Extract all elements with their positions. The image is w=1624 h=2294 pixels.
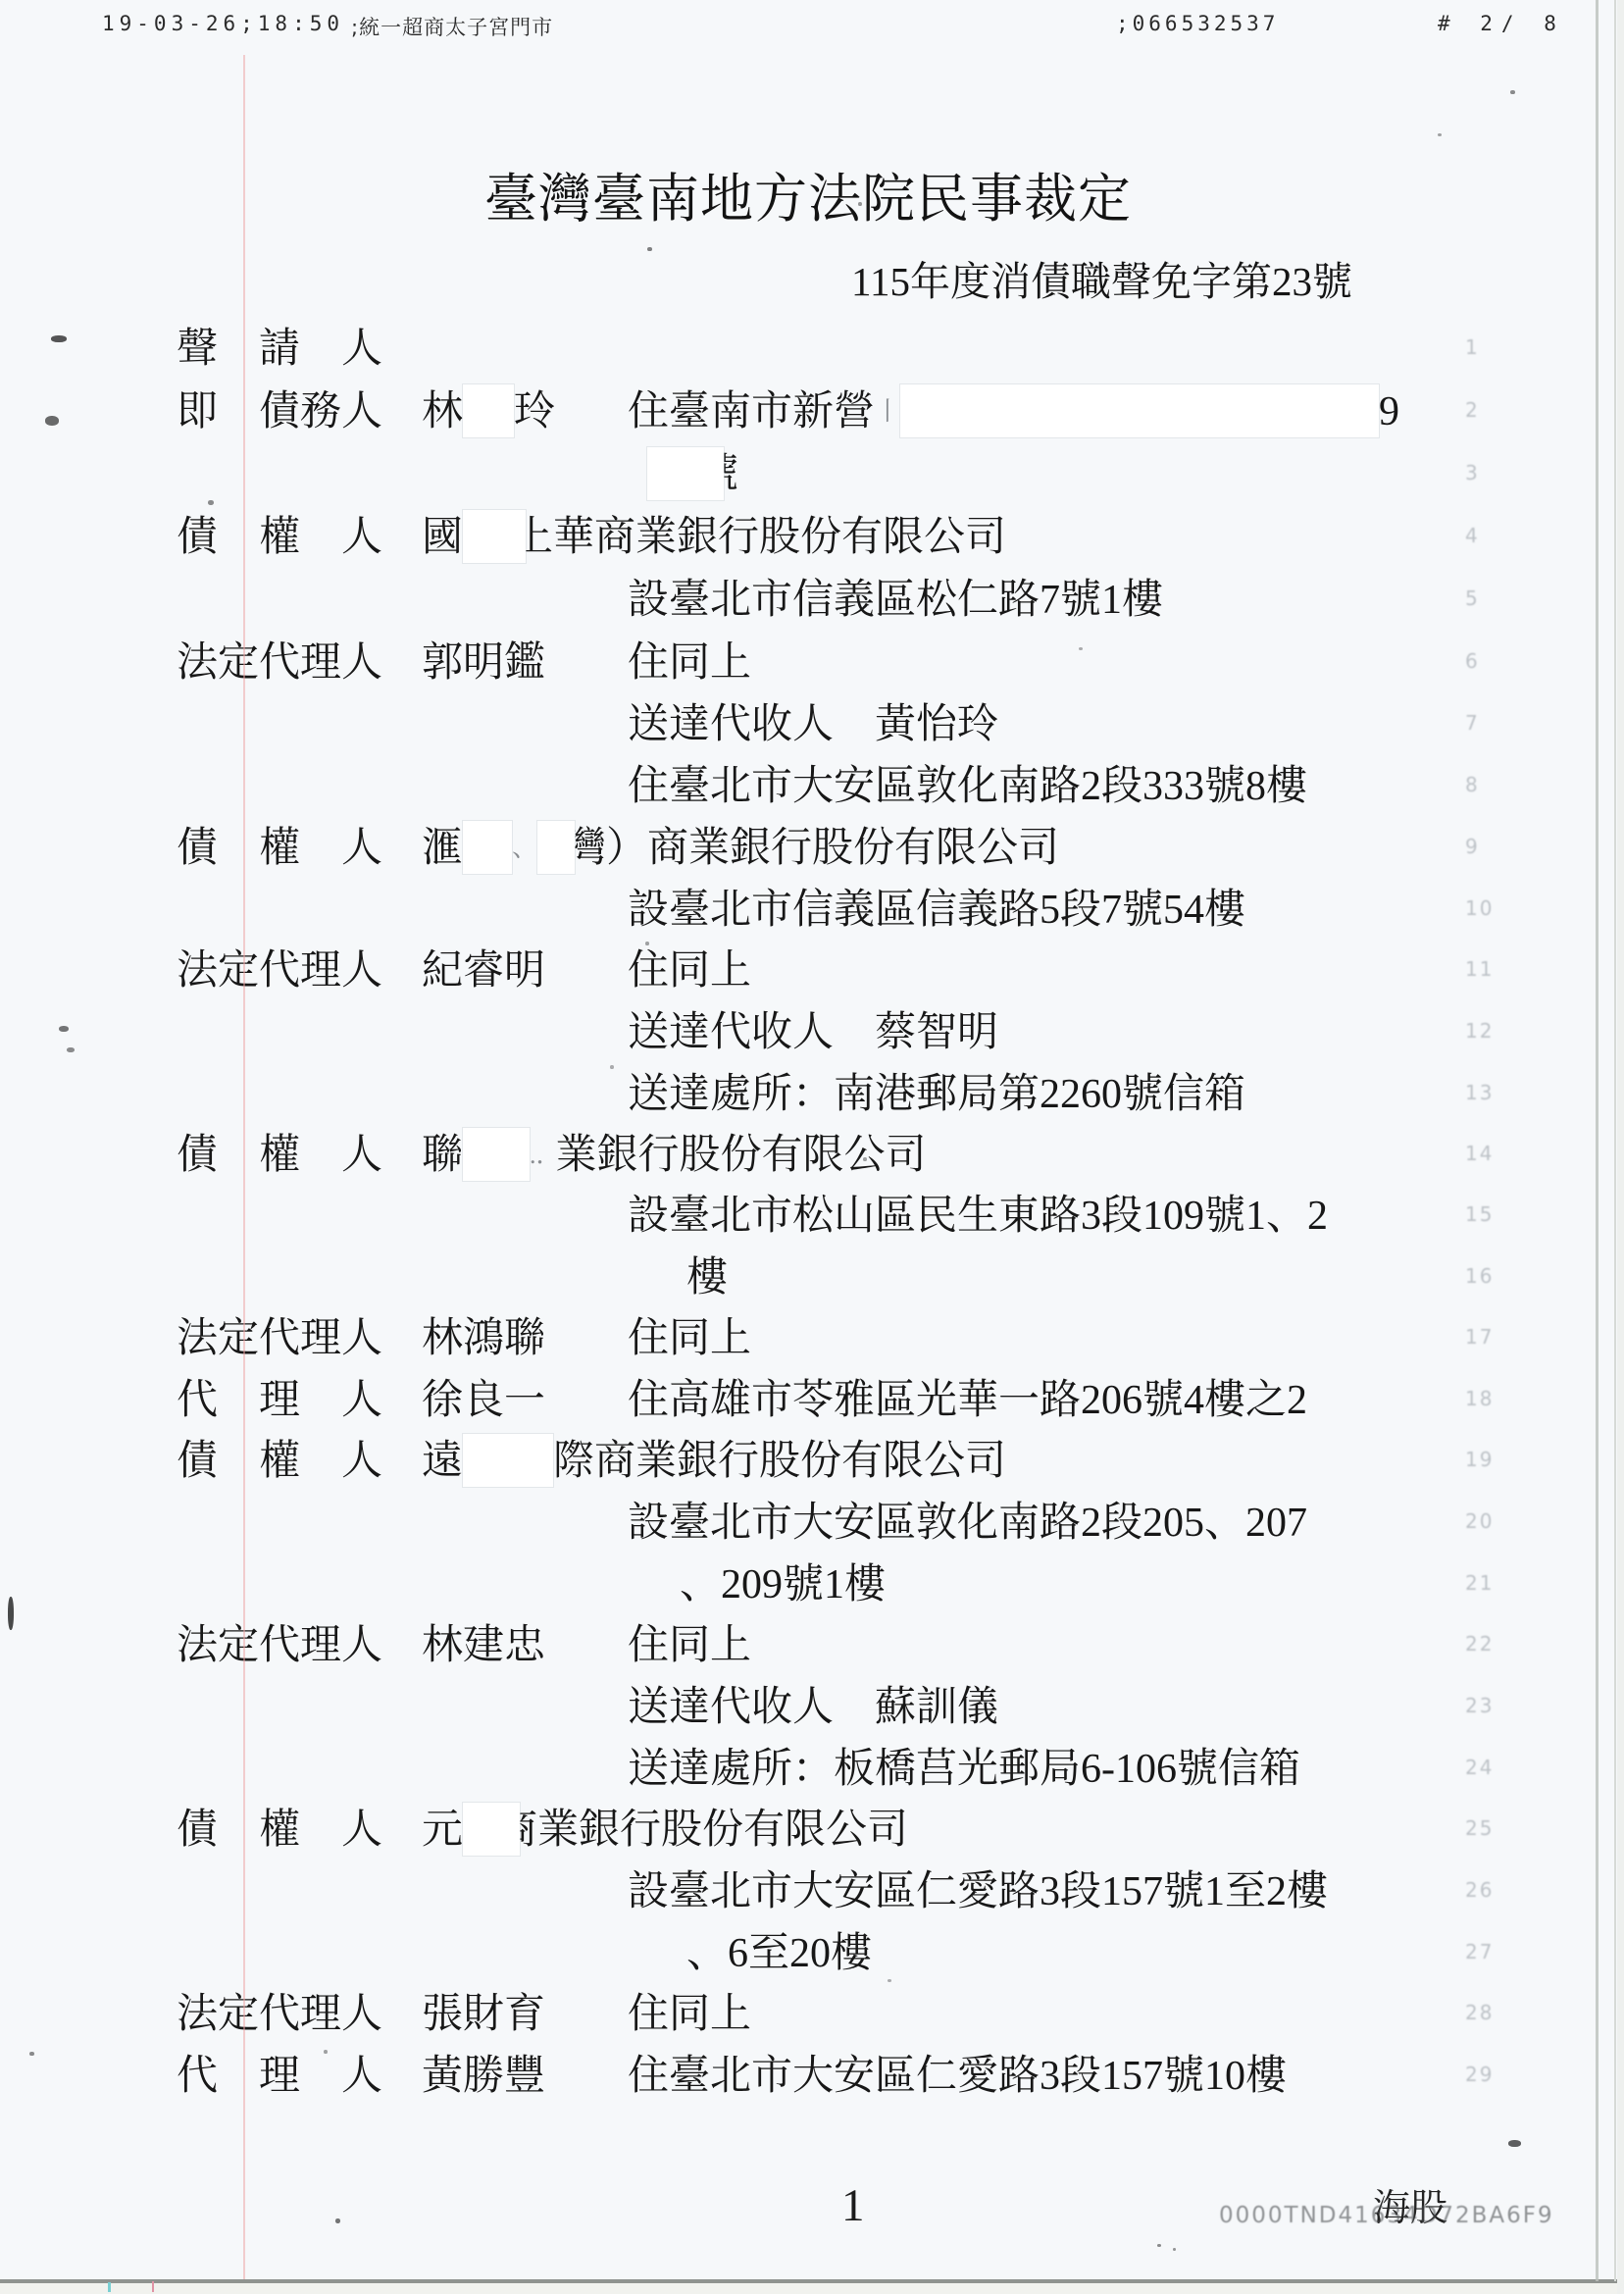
scan-speck	[647, 247, 652, 251]
page-number: 1	[841, 2179, 865, 2232]
line-value: 住同上	[628, 1989, 751, 2040]
line-label: 法定代理人	[177, 1989, 382, 2040]
line-text: 聯	[422, 1130, 463, 1181]
margin-line-number: 6	[1465, 649, 1504, 673]
scan-speck	[1508, 2140, 1521, 2147]
line-text: 樓	[686, 1252, 728, 1303]
line-label: 代 理 人	[177, 2051, 382, 2102]
line-text: 設臺北市信義區松仁路7號1樓	[628, 575, 1163, 626]
line-text: 林建忠	[422, 1620, 545, 1671]
line-text: 設臺北市松山區民生東路3段109號1、2	[628, 1191, 1328, 1242]
line-text: 商業銀行股份有限公司	[496, 1805, 908, 1856]
scan-speck	[51, 335, 67, 342]
line-text: 元	[422, 1805, 463, 1856]
line-text: 業銀行股份有限公司	[556, 1130, 927, 1181]
line-text: 紀睿明	[422, 945, 545, 996]
scan-artifact-pink	[152, 2281, 154, 2292]
scanned-court-document-page: 19-03-26;18:50 ;統一超商太子宮門市 ;066532537 # 2…	[0, 0, 1624, 2294]
line-text: 郭明鑑	[422, 637, 545, 688]
line-name: 紀睿明	[422, 945, 545, 996]
margin-line-number: 5	[1465, 586, 1504, 610]
margin-line-number: 19	[1465, 1448, 1504, 1471]
margin-line-number: 3	[1465, 461, 1504, 484]
margin-line-number: 29	[1465, 2063, 1504, 2086]
line-label: 債 權 人	[177, 1436, 382, 1487]
redaction-box	[463, 510, 526, 563]
scan-speck	[1510, 90, 1515, 94]
line-label: 法定代理人	[177, 1313, 382, 1364]
margin-line-number: 23	[1465, 1694, 1504, 1717]
scan-speck	[208, 500, 214, 505]
line-name: 黃勝豐	[422, 2051, 545, 2102]
margin-line-number: 14	[1465, 1142, 1504, 1165]
scan-speck	[1438, 133, 1442, 136]
redaction-box	[463, 1434, 553, 1487]
line-name: 聯.．業銀行股份有限公司	[422, 1130, 927, 1181]
line-text: 住臺南市新營	[628, 386, 875, 437]
line-value: 設臺北市松山區民生東路3段109號1、2	[628, 1191, 1328, 1242]
faint-remnant-text: 、	[512, 823, 537, 874]
line-text: 黃勝豐	[422, 2051, 545, 2102]
line-text: 住高雄市苓雅區光華一路206號4樓之2	[628, 1375, 1307, 1426]
margin-line-number: 21	[1465, 1571, 1504, 1595]
scan-speck	[59, 1026, 69, 1032]
line-value: 樓	[686, 1252, 728, 1303]
line-label: 聲 請 人	[177, 324, 382, 375]
line-text: 際商業銀行股份有限公司	[553, 1436, 1006, 1487]
line-text: 住同上	[628, 1313, 751, 1364]
line-label: 法定代理人	[177, 945, 382, 996]
line-name: 徐良一	[422, 1375, 545, 1426]
scan-bottom-strip	[0, 2283, 1624, 2294]
faint-remnant-text: 丨	[875, 386, 900, 437]
margin-line-number: 24	[1465, 1756, 1504, 1779]
scan-speck	[324, 2050, 328, 2054]
scan-speck	[29, 2052, 34, 2056]
scan-speck	[67, 1047, 75, 1052]
line-text: 住同上	[628, 1620, 751, 1671]
line-name: 林鴻聯	[422, 1313, 545, 1364]
line-value: 住臺北市大安區敦化南路2段333號8樓	[628, 761, 1307, 812]
scan-speck	[858, 202, 862, 206]
line-label: 代 理 人	[177, 1375, 382, 1426]
line-value: 、6至20樓	[686, 1928, 872, 1979]
redaction-box	[463, 821, 512, 874]
line-value: 住同上	[628, 637, 751, 688]
line-name: 林玲	[422, 386, 555, 437]
line-value: 住臺北市大安區仁愛路3段157號10樓	[628, 2051, 1287, 2102]
margin-line-number: 18	[1465, 1387, 1504, 1410]
line-text: 設臺北市信義區信義路5段7號54樓	[628, 885, 1245, 936]
line-label: 法定代理人	[177, 637, 382, 688]
line-text: 住同上	[628, 637, 751, 688]
line-value: 住同上	[628, 1313, 751, 1364]
scan-speck	[335, 2218, 340, 2223]
line-text: 住同上	[628, 1989, 751, 2040]
line-text: 設臺北市大安區仁愛路3段157號1至2樓	[628, 1866, 1328, 1917]
line-name: 元商業銀行股份有限公司	[422, 1805, 908, 1856]
margin-line-number: 25	[1465, 1816, 1504, 1840]
redaction-box	[647, 447, 724, 500]
line-text: 送達處所：南港郵局第2260號信箱	[628, 1069, 1245, 1120]
line-value: 送達代收人 黃怡玲	[628, 699, 998, 750]
margin-line-number: 27	[1465, 1940, 1504, 1963]
line-value: 送達代收人 蔡智明	[628, 1007, 998, 1058]
line-text: 國	[422, 512, 463, 563]
margin-line-number: 12	[1465, 1019, 1504, 1043]
scan-right-fill	[1617, 0, 1624, 2294]
margin-line-number: 4	[1465, 524, 1504, 547]
scan-speck	[1079, 647, 1083, 650]
margin-line-number: 22	[1465, 1632, 1504, 1656]
line-text: 住臺北市大安區仁愛路3段157號10樓	[628, 2051, 1287, 2102]
margin-line-number: 1	[1465, 335, 1504, 359]
case-number: 115年度消債職聲免字第23號	[851, 249, 1352, 307]
line-name: 郭明鑑	[422, 637, 545, 688]
line-value: 設臺北市大安區敦化南路2段205、207	[628, 1498, 1307, 1549]
margin-line-number: 13	[1465, 1081, 1504, 1104]
redaction-box	[537, 821, 575, 874]
margin-line-number: 17	[1465, 1325, 1504, 1349]
line-text: 、209號1樓	[680, 1559, 886, 1610]
margin-line-number: 10	[1465, 896, 1504, 920]
scan-speck	[888, 1979, 891, 1982]
line-text: 9	[1379, 386, 1399, 437]
margin-line-number: 11	[1465, 957, 1504, 981]
redaction-box	[900, 384, 1379, 437]
line-label: 法定代理人	[177, 1620, 382, 1671]
fax-header: 19-03-26;18:50 ;統一超商太子宮門市 ;066532537 # 2…	[0, 12, 1624, 45]
fax-timestamp: 19-03-26;18:50	[102, 12, 344, 35]
scan-speck	[1157, 2244, 1161, 2247]
line-value: 號	[647, 449, 738, 500]
line-text: 送達代收人 黃怡玲	[628, 699, 998, 750]
line-value: 住同上	[628, 945, 751, 996]
fax-sender-name: ;統一超商太子宮門市	[351, 12, 553, 41]
margin-line-number: 2	[1465, 398, 1504, 422]
line-text: 林	[422, 386, 463, 437]
scan-right-edge	[1596, 0, 1599, 2281]
scan-speck	[1173, 2248, 1176, 2251]
line-text: 住同上	[628, 945, 751, 996]
line-value: 設臺北市大安區仁愛路3段157號1至2樓	[628, 1866, 1328, 1917]
line-text: 滙	[422, 823, 463, 874]
redaction-box	[463, 384, 514, 437]
margin-line-number: 20	[1465, 1509, 1504, 1533]
line-value: 送達代收人 蘇訓儀	[628, 1682, 998, 1733]
margin-line-number: 7	[1465, 711, 1504, 735]
margin-line-number: 9	[1465, 835, 1504, 858]
line-label: 即 債務人	[177, 386, 382, 437]
line-name: 國上華商業銀行股份有限公司	[422, 512, 1006, 563]
scan-speck	[8, 1597, 14, 1630]
line-text: 送達代收人 蘇訓儀	[628, 1682, 998, 1733]
scan-artifact-cyan	[108, 2282, 111, 2292]
line-label: 債 權 人	[177, 1805, 382, 1856]
line-value: 設臺北市信義區信義路5段7號54樓	[628, 885, 1245, 936]
line-text: 灣）商業銀行股份有限公司	[565, 823, 1059, 874]
line-text: 張財育	[422, 1989, 545, 2040]
margin-line-number: 26	[1465, 1878, 1504, 1902]
line-text: 住臺北市大安區敦化南路2段333號8樓	[628, 761, 1307, 812]
line-value: 送達處所：板橋莒光郵局6-106號信箱	[628, 1744, 1300, 1795]
margin-line-number: 28	[1465, 2001, 1504, 2024]
margin-line-number: 8	[1465, 773, 1504, 796]
document-title: 臺灣臺南地方法院民事裁定	[484, 157, 1132, 232]
line-text: 、6至20樓	[686, 1928, 872, 1979]
line-value: 住高雄市苓雅區光華一路206號4樓之2	[628, 1375, 1307, 1426]
line-value: 送達處所：南港郵局第2260號信箱	[628, 1069, 1245, 1120]
line-text: 遠	[422, 1436, 463, 1487]
line-text: 送達處所：板橋莒光郵局6-106號信箱	[628, 1744, 1300, 1795]
margin-line-number: 16	[1465, 1264, 1504, 1288]
fax-page-indicator: # 2/ 8	[1438, 12, 1565, 35]
scan-margin-line	[243, 55, 245, 2279]
line-value: 住臺南市新營丨9	[628, 386, 1399, 437]
line-name: 遠際商業銀行股份有限公司	[422, 1436, 1006, 1487]
line-name: 林建忠	[422, 1620, 545, 1671]
line-value: 住同上	[628, 1620, 751, 1671]
scan-speck	[45, 416, 59, 426]
line-label: 債 權 人	[177, 1130, 382, 1181]
line-name: 張財育	[422, 1989, 545, 2040]
redaction-box	[463, 1803, 520, 1856]
fax-number: ;066532537	[1116, 12, 1279, 35]
line-value: 、209號1樓	[680, 1559, 886, 1610]
redaction-box	[463, 1128, 530, 1181]
scan-right-edge-2	[1614, 0, 1616, 2281]
document-code: 0000TND41634D72BA6F9	[1219, 2203, 1554, 2228]
line-text: 林鴻聯	[422, 1313, 545, 1364]
line-text: 玲	[514, 386, 555, 437]
margin-line-number: 15	[1465, 1202, 1504, 1226]
line-name: 滙、灣）商業銀行股份有限公司	[422, 823, 1059, 874]
line-label: 債 權 人	[177, 823, 382, 874]
line-text: 徐良一	[422, 1375, 545, 1426]
line-label: 債 權 人	[177, 512, 382, 563]
line-value: 設臺北市信義區松仁路7號1樓	[628, 575, 1163, 626]
scan-speck	[610, 1065, 614, 1069]
line-text: 設臺北市大安區敦化南路2段205、207	[628, 1498, 1307, 1549]
line-text: 送達代收人 蔡智明	[628, 1007, 998, 1058]
line-text: 上華商業銀行股份有限公司	[512, 512, 1006, 563]
